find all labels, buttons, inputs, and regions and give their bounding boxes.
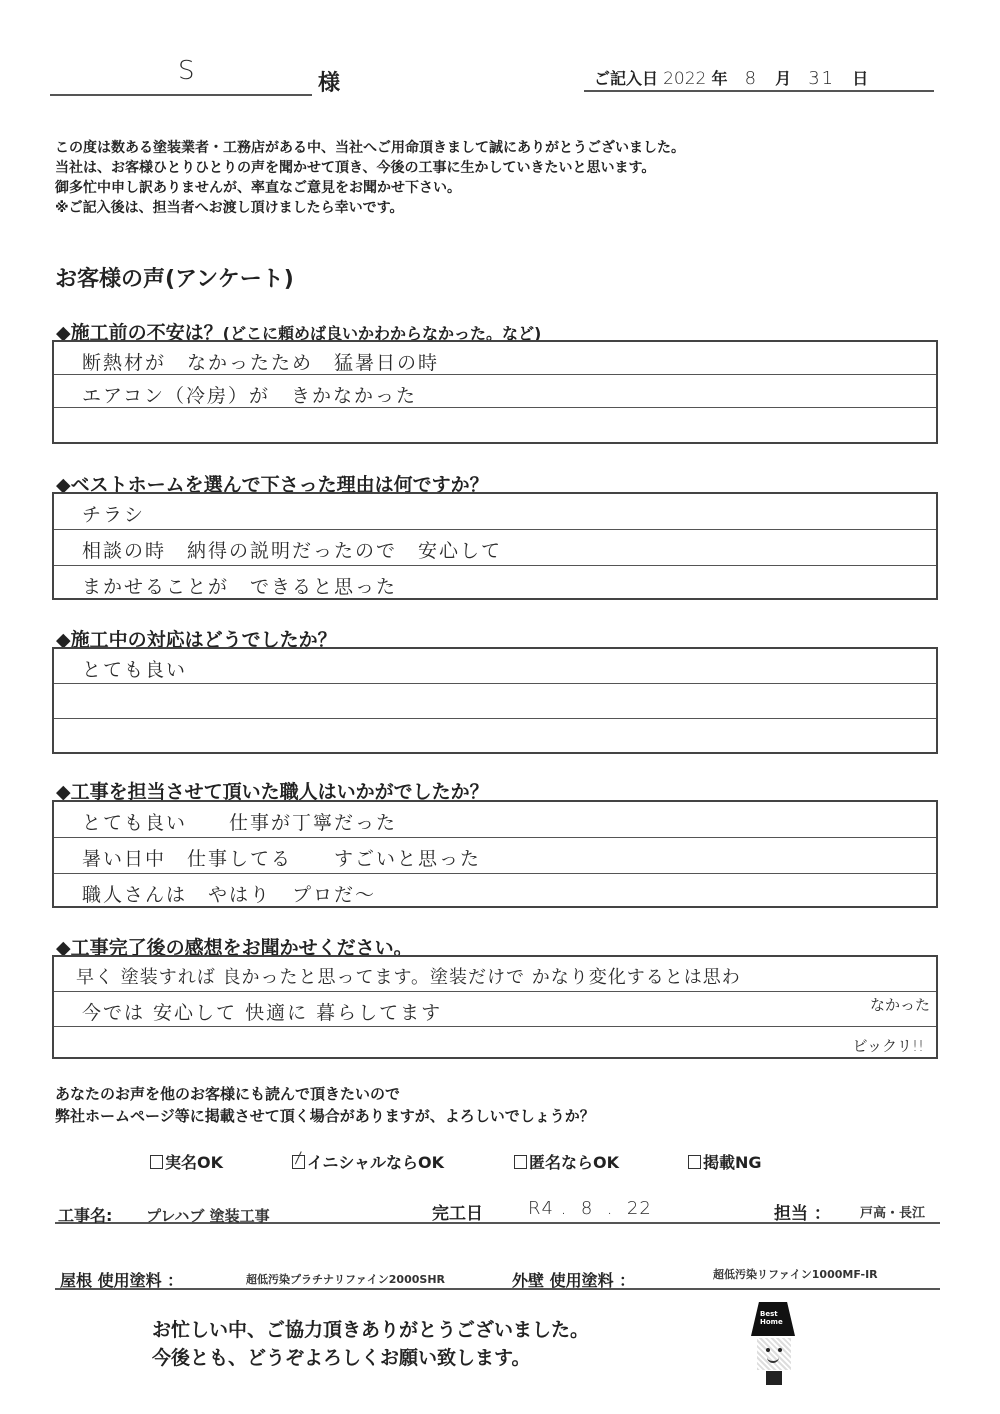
intro-line: 当社は、お客様ひとりひとりの声を聞かせて頂き、今後の工事に生かしていきたいと思い… xyxy=(55,158,685,178)
date-day: 31 xyxy=(808,68,835,89)
answer-text: とても良い xyxy=(82,655,187,682)
logo-line2: Home xyxy=(760,1318,783,1326)
answer-line[interactable]: 職人さんは やはり プロだ～ xyxy=(54,874,936,910)
intro-line: この度は数ある塗装業者・工務店がある中、当社へご用命頂きまして誠にありがとうござ… xyxy=(55,138,685,158)
logo-hat: BestHome xyxy=(751,1302,795,1336)
eye-icon xyxy=(766,1348,770,1352)
checkbox-icon[interactable] xyxy=(150,1155,163,1169)
closing-message: お忙しい中、ご協力頂きありがとうございました。 今後とも、どうぞよろしくお願い致… xyxy=(152,1316,589,1372)
completion-value: R4 . 8 . 22 xyxy=(528,1198,652,1219)
intro-line: ※ご記入後は、担当者へお渡し頂けましたら幸いです。 xyxy=(55,198,685,218)
answer-line[interactable]: 今では 安心して 快適に 暮らしてます なかった xyxy=(54,992,936,1027)
option-real-name[interactable]: 実名OK xyxy=(150,1150,223,1173)
answer-line[interactable] xyxy=(54,684,936,719)
answer-box-3: とても良い xyxy=(52,647,938,754)
year-unit: 年 xyxy=(711,69,727,88)
answer-line[interactable]: とても良い xyxy=(54,649,936,684)
answer-text: まかせることが できると思った xyxy=(82,572,397,599)
answer-line[interactable]: 相談の時 納得の説明だったので 安心して xyxy=(54,530,936,566)
date-year: 2022 xyxy=(663,69,706,89)
answer-text-exclaim: ビックリ!! xyxy=(853,1035,924,1056)
option-label: 匿名ならOK xyxy=(529,1153,619,1172)
wall-paint-value: 超低汚染リファイン1000MF-IR xyxy=(713,1266,878,1282)
answer-line[interactable]: 暑い日中 仕事してる すごいと思った xyxy=(54,838,936,874)
checkbox-icon[interactable] xyxy=(688,1155,701,1169)
intro-text: この度は数ある塗装業者・工務店がある中、当社へご用命頂きまして誠にありがとうござ… xyxy=(55,138,685,218)
answer-line[interactable]: エアコン（冷房）が きかなかった xyxy=(54,375,936,408)
consent-line: あなたのお声を他のお客様にも読んで頂きたいので xyxy=(55,1083,595,1105)
answer-line[interactable]: 早く 塗装すれば 良かったと思ってます。塗装だけで かなり変化するとは思わ xyxy=(54,957,936,992)
answer-box-5: 早く 塗装すれば 良かったと思ってます。塗装だけで かなり変化するとは思わ 今で… xyxy=(52,955,938,1059)
completion-label: 完工日 xyxy=(432,1199,483,1224)
answer-box-1: 断熱材が なかったため 猛暑日の時 エアコン（冷房）が きかなかった xyxy=(52,340,938,444)
answer-text: 暑い日中 仕事してる すごいと思った xyxy=(82,844,481,871)
answer-box-4: とても良い 仕事が丁寧だった 暑い日中 仕事してる すごいと思った 職人さんは … xyxy=(52,800,938,908)
option-label: イニシャルならOK xyxy=(307,1153,444,1172)
checkbox-icon[interactable] xyxy=(514,1155,527,1169)
closing-line: 今後とも、どうぞよろしくお願い致します。 xyxy=(152,1344,589,1372)
project-name-value: プレハブ 塗装工事 xyxy=(146,1205,270,1226)
answer-text-continued: なかった xyxy=(870,994,930,1015)
mascot-face-icon xyxy=(757,1338,791,1370)
consent-question: あなたのお声を他のお客様にも読んで頂きたいので 弊社ホームページ等に掲載させて頂… xyxy=(55,1083,595,1127)
customer-name: S xyxy=(178,56,197,86)
staff-value: 戸高・長江 xyxy=(860,1202,925,1221)
option-no-publish[interactable]: 掲載NG xyxy=(688,1150,762,1173)
answer-line[interactable]: 断熱材が なかったため 猛暑日の時 xyxy=(54,342,936,375)
wall-paint-label: 外壁 使用塗料 ： xyxy=(512,1268,635,1291)
answer-text: 早く 塗装すれば 良かったと思ってます。塗装だけで かなり変化するとは思わ xyxy=(76,963,741,989)
honorific: 様 xyxy=(318,66,340,97)
answer-line[interactable] xyxy=(54,408,936,441)
answer-line[interactable]: とても良い 仕事が丁寧だった xyxy=(54,802,936,838)
date-label: ご記入日 xyxy=(594,69,658,88)
consent-line: 弊社ホームページ等に掲載させて頂く場合がありますが、よろしいでしょうか？ xyxy=(55,1105,595,1127)
date-month: 8 xyxy=(745,68,758,89)
day-unit: 日 xyxy=(852,69,868,88)
option-label: 実名OK xyxy=(165,1153,223,1172)
staff-label: 担当 ： xyxy=(774,1199,831,1224)
answer-text: 断熱材が なかったため 猛暑日の時 xyxy=(82,348,439,375)
answer-line[interactable]: まかせることが できると思った xyxy=(54,566,936,602)
project-name-label: 工事名: xyxy=(58,1203,112,1226)
intro-line: 御多忙中申し訳ありませんが、率直なご意見をお聞かせ下さい。 xyxy=(55,178,685,198)
answer-text: とても良い 仕事が丁寧だった xyxy=(82,808,397,835)
mascot-body xyxy=(766,1371,782,1385)
answer-text: 相談の時 納得の説明だったので 安心して xyxy=(82,536,502,563)
option-initials[interactable]: イニシャルならOK xyxy=(292,1150,444,1173)
closing-line: お忙しい中、ご協力頂きありがとうございました。 xyxy=(152,1316,589,1344)
answer-line[interactable]: ビックリ!! xyxy=(54,1027,936,1061)
answer-box-2: チラシ 相談の時 納得の説明だったので 安心して まかせることが できると思った xyxy=(52,492,938,600)
answer-line[interactable] xyxy=(54,719,936,754)
eye-icon xyxy=(778,1348,782,1352)
logo-text: BestHome xyxy=(760,1310,783,1326)
logo-line1: Best xyxy=(760,1310,778,1318)
answer-text: エアコン（冷房）が きかなかった xyxy=(82,381,417,408)
month-unit: 月 xyxy=(775,69,791,88)
option-anonymous[interactable]: 匿名ならOK xyxy=(514,1150,619,1173)
answer-text: 今では 安心して 快適に 暮らしてます xyxy=(82,998,442,1025)
answer-text: チラシ xyxy=(82,500,145,527)
option-label: 掲載NG xyxy=(703,1153,762,1172)
roof-paint-value: 超低汚染プラチナリファイン2000SHR xyxy=(246,1271,445,1287)
date-field: ご記入日 2022 年 8 月 31 日 xyxy=(594,66,868,89)
answer-line[interactable]: チラシ xyxy=(54,494,936,530)
smile-icon xyxy=(767,1355,779,1363)
survey-title: お客様の声(アンケート) xyxy=(55,262,294,293)
roof-paint-label: 屋根 使用塗料 ： xyxy=(60,1268,183,1291)
checkbox-checked-icon[interactable] xyxy=(292,1155,305,1169)
answer-text: 職人さんは やはり プロだ～ xyxy=(82,880,376,907)
